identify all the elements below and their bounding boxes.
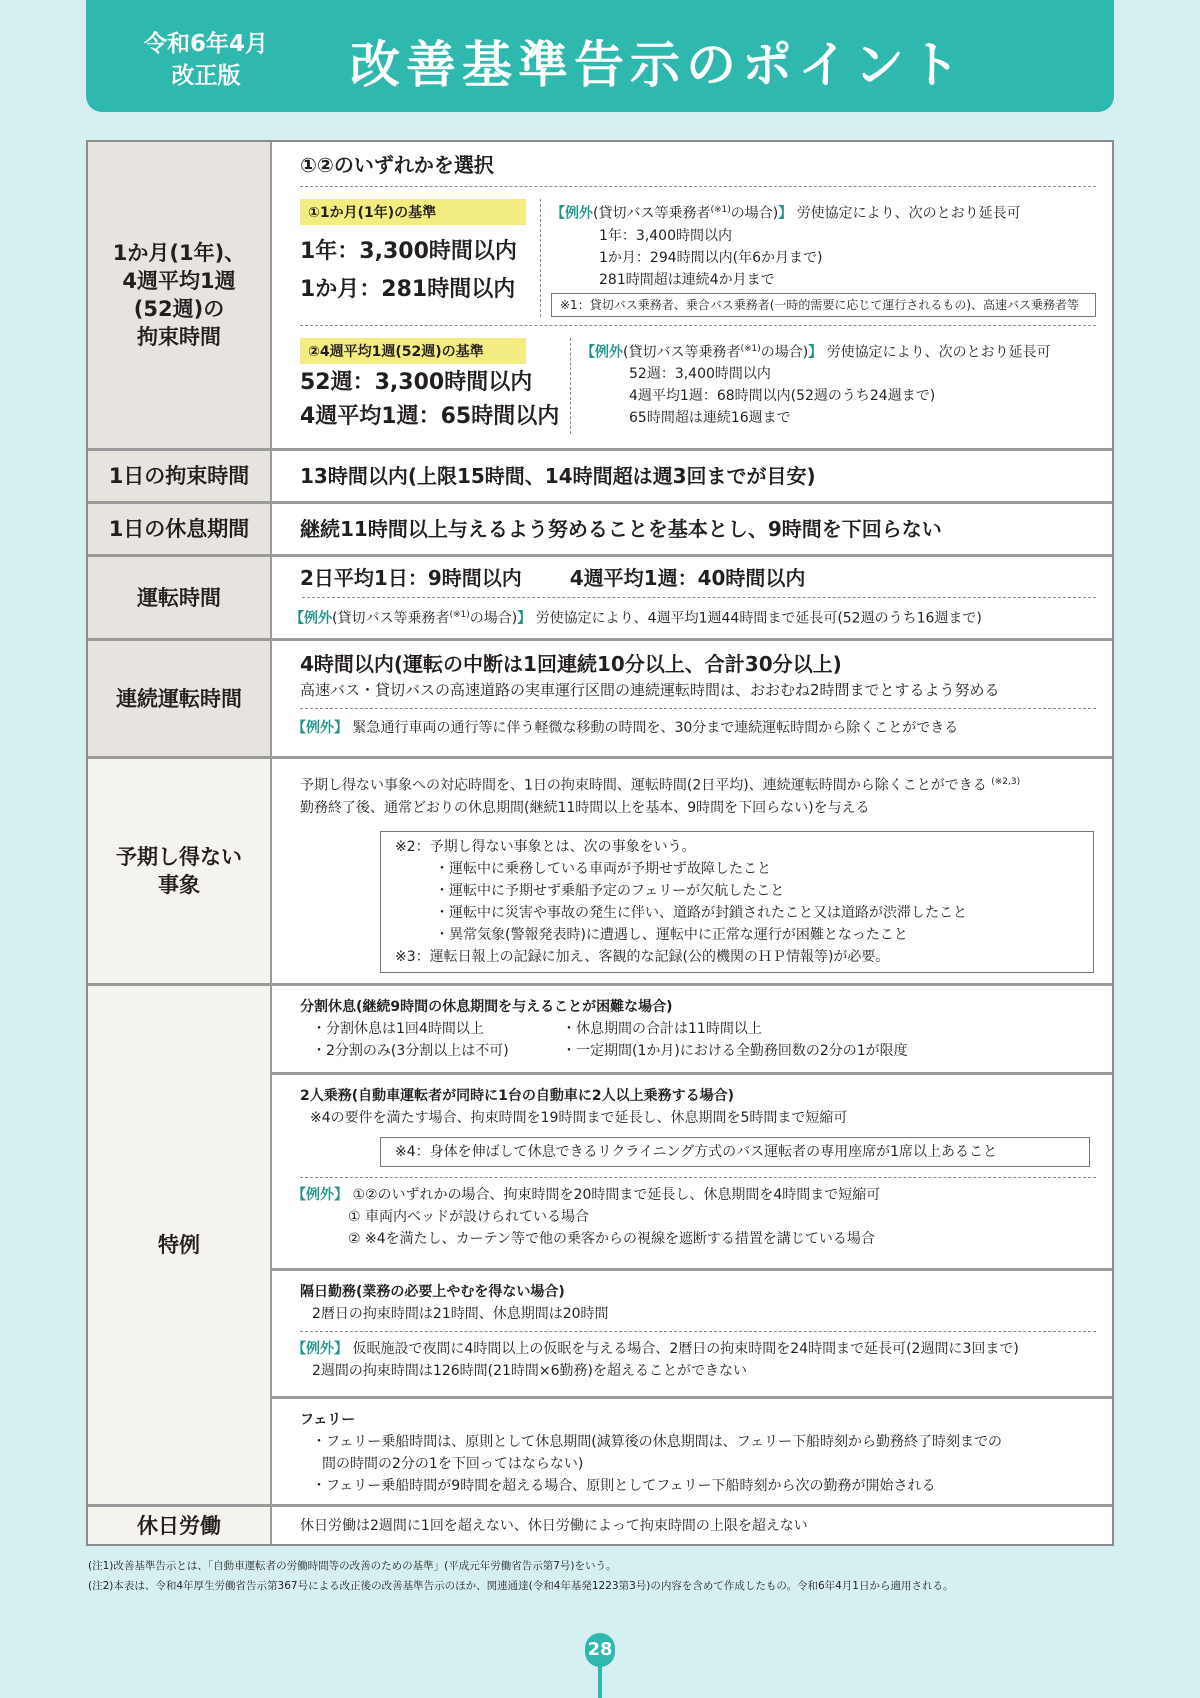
row-label-daily-rest: 1日の休息期間 [88,504,272,554]
option-2-weekly-average: 4週平均1週：65時間以内 [300,400,570,434]
unforeseen-line1: 予期し得ない事象への対応時間を、1日の拘束時間、運転時間(2日平均)、連続運転時… [300,771,1096,797]
footnote-1: (注1)改善基準告示とは、「自動車運転者の労働時間等の改善のための基準」(平成元… [88,1556,954,1576]
alternate-day-block: 隔日勤務(業務の必要上やむを得ない場合) 2暦日の拘束時間は21時間、休息期間は… [272,1268,1112,1396]
option-2-tag: ②4週平均1週(52週)の基準 [300,338,526,364]
holiday-work-text: 休日労働は2週間に1回を超えない、休日労働によって拘束時間の上限を超えない [272,1507,1112,1544]
option-1-monthly: 1か月：281時間以内 [300,273,540,307]
daily-binding-text: 13時間以内(上限15時間、14時間超は週3回までが目安) [272,451,1112,501]
continuous-driving-exception: 【例外】 緊急通行車両の通行等に伴う軽微な移動の時間を、30分まで連続運転時間か… [292,709,1096,739]
two-person-crew-block: 2人乗務(自動車運転者が同時に1台の自動車に2人以上乗務する場合) ※4の要件を… [272,1072,1112,1268]
option-1-exception-item: 281時間超は連続4か月まで [551,269,1096,291]
option-1-exception-item: 1年：3,400時間以内 [551,225,1096,247]
row-daily-binding: 1日の拘束時間 13時間以内(上限15時間、14時間超は週3回までが目安) [88,448,1112,501]
daily-rest-text: 継続11時間以上与えるよう努めることを基本とし、9時間を下回らない [272,504,1112,554]
two-person-exception: 【例外】 ①②のいずれかの場合、拘束時間を20時間まで延長し、休息期間を4時間ま… [292,1184,1096,1206]
edition-line2: 改正版 [86,60,326,92]
option-1-block: ①1か月(1年)の基準 1年：3,300時間以内 1か月：281時間以内 【例外… [300,187,1096,325]
row-driving-time: 運転時間 2日平均1日：9時間以内4週平均1週：40時間以内 【例外(貸切バス等… [88,554,1112,638]
row-continuous-driving: 連続運転時間 4時間以内(運転の中断は1回連続10分以上、合計30分以上) 高速… [88,638,1112,756]
page-number-stem [598,1665,602,1698]
option-1-tag: ①1か月(1年)の基準 [300,199,526,225]
row-special-cases: 特例 分割休息(継続9時間の休息期間を与えることが困難な場合) ・分割休息は1回… [88,983,1112,1504]
unforeseen-note-box: ※2：予期し得ない事象とは、次の事象をいう。 ・運転中に乗務している車両が予期せ… [380,831,1094,973]
continuous-driving-sub: 高速バス・貸切バスの高速道路の実車運行区間の連続運転時間は、おおむね2時間までと… [300,679,1096,708]
edition-line1: 令和6年4月 [86,28,326,60]
row-holiday-work: 休日労働 休日労働は2週間に1回を超えない、休日労働によって拘束時間の上限を超え… [88,1504,1112,1544]
edition-badge: 令和6年4月 改正版 [86,28,326,92]
option-2-52weeks: 52週：3,300時間以内 [300,366,570,400]
row-label-unforeseen-events: 予期し得ない 事象 [88,759,272,983]
option-1-exception-item: 1か月：294時間以内(年6か月まで) [551,247,1096,269]
row-label-driving-time: 運転時間 [88,557,272,638]
row-label-continuous-driving: 連続運転時間 [88,641,272,756]
footnotes: (注1)改善基準告示とは、「自動車運転者の労働時間等の改善のための基準」(平成元… [88,1556,954,1596]
row-label-holiday-work: 休日労働 [88,1507,272,1544]
unforeseen-line2: 勤務終了後、通常どおりの休息期間(継続11時間以上を基本、9時間を下回らない)を… [300,797,1096,819]
row-label-binding-period: 1か月(1年)、 4週平均1週 (52週)の 拘束時間 [88,142,272,448]
footnote-2: (注2)本表は、令和4年厚生労働省告示第367号による改正後の改善基準告示のほか… [88,1576,954,1596]
option-1-exception: 【例外(貸切バス等乗務者(※1)の場合)】 労使協定により、次のとおり延長可 [551,199,1096,225]
row-label-daily-binding: 1日の拘束時間 [88,451,272,501]
option-2-exception-item: 65時間超は連続16週まで [581,407,1096,429]
requirement-4-note: ※4：身体を伸ばして休息できるリクライニング方式のバス運転者の専用座席が1席以上… [380,1137,1090,1167]
page-title: 改善基準告示のポイント [350,25,966,97]
standards-table: 1か月(1年)、 4週平均1週 (52週)の 拘束時間 ①②のいずれかを選択 ①… [86,140,1114,1546]
page-header: 令和6年4月 改正版 改善基準告示のポイント [86,0,1114,112]
page-number: 28 [585,1633,615,1667]
option-2-exception-item: 4週平均1週：68時間以内(52週のうち24週まで) [581,385,1096,407]
option-2-exception: 【例外(貸切バス等乗務者(※1)の場合)】 労使協定により、次のとおり延長可 [581,338,1096,364]
driving-time-limits: 2日平均1日：9時間以内4週平均1週：40時間以内 [298,563,1096,597]
split-rest-block: 分割休息(継続9時間の休息期間を与えることが困難な場合) ・分割休息は1回4時間… [272,986,1112,1072]
row-binding-period: 1か月(1年)、 4週平均1週 (52週)の 拘束時間 ①②のいずれかを選択 ①… [88,142,1112,448]
alternate-day-exception: 【例外】 仮眠施設で夜間に4時間以上の仮眠を与える場合、2暦日の拘束時間を24時… [292,1338,1096,1360]
option-1-yearly: 1年：3,300時間以内 [300,235,540,269]
footnote-1-box: ※1：貸切バス乗務者、乗合バス乗務者(一時的需要に応じて運行されるもの)、高速バ… [551,293,1096,317]
choose-option-heading: ①②のいずれかを選択 [300,142,1096,186]
option-2-exception-item: 52週：3,400時間以内 [581,363,1096,385]
row-label-special-cases: 特例 [88,986,272,1504]
continuous-driving-main: 4時間以内(運転の中断は1回連続10分以上、合計30分以上) [300,649,1096,679]
row-daily-rest: 1日の休息期間 継続11時間以上与えるよう努めることを基本とし、9時間を下回らな… [88,501,1112,554]
option-2-block: ②4週平均1週(52週)の基準 52週：3,300時間以内 4週平均1週：65時… [300,326,1096,434]
row-unforeseen-events: 予期し得ない 事象 予期し得ない事象への対応時間を、1日の拘束時間、運転時間(2… [88,756,1112,983]
driving-time-exception: 【例外(貸切バス等乗務者(※1)の場合)】 労使協定により、4週平均1週44時間… [290,598,1096,630]
ferry-block: フェリー ・フェリー乗船時間は、原則として休息期間(減算後の休息期間は、フェリー… [272,1396,1112,1504]
